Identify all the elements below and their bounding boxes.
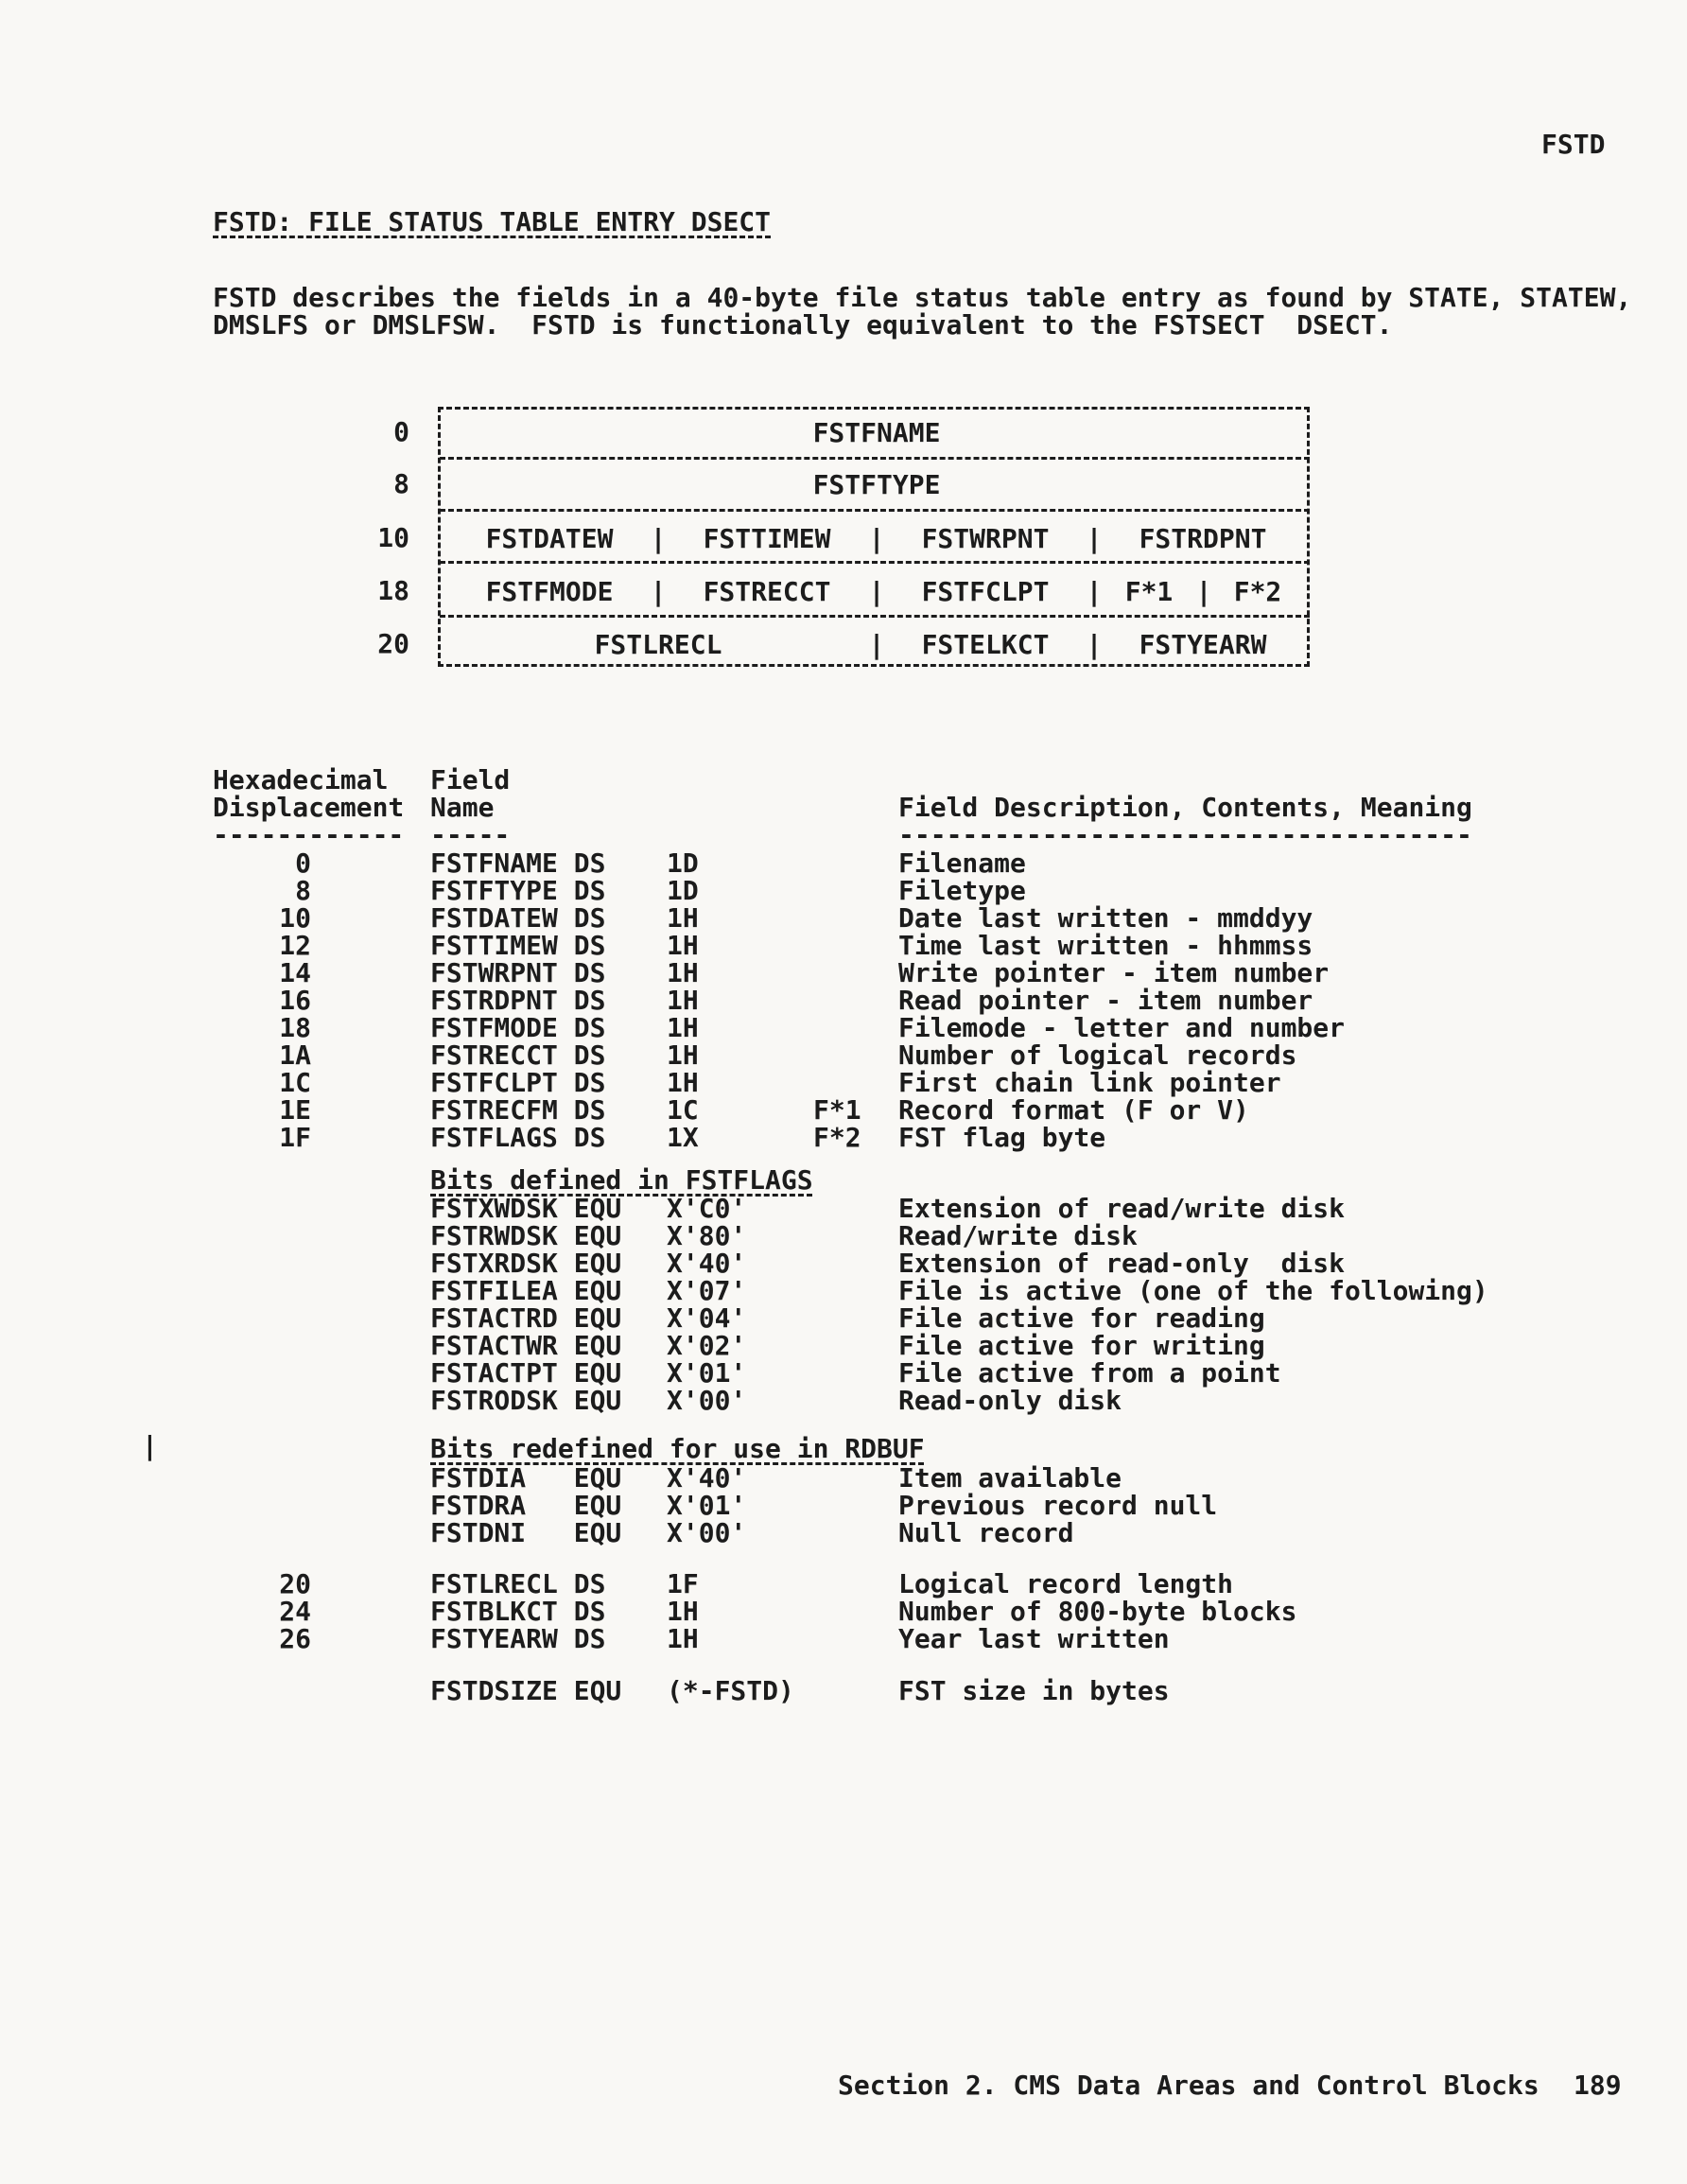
field-name: FSTTIMEW DS	[430, 932, 605, 959]
table-row: 1A FSTRECCT DS 1H Number of logical reco…	[0, 1041, 1687, 1069]
field-type: 1D	[667, 877, 699, 904]
footer-text: Section 2. CMS Data Areas and Control Bl…	[838, 2071, 1539, 2099]
field-name: FSTFCLPT DS	[430, 1069, 605, 1096]
diagram-cell: FSTFCLPT	[922, 578, 1050, 605]
table-row: FSTACTPT EQU X'01' File active from a po…	[0, 1359, 1687, 1387]
equate-name: FSTFILEA EQU	[430, 1277, 621, 1304]
diagram-cell-separator: |	[869, 631, 885, 658]
column-rule: -----	[430, 821, 510, 848]
field-description: Read pointer - item number	[898, 987, 1313, 1014]
diagram-cell-separator: |	[1087, 525, 1103, 552]
column-header: Field Description, Contents, Meaning	[898, 794, 1472, 821]
displacement: 10	[160, 904, 311, 932]
diagram-cell: FSTELKCT	[922, 631, 1050, 658]
equate-value: X'07'	[667, 1277, 746, 1304]
field-description: Extension of read/write disk	[898, 1195, 1345, 1222]
table-row: 20 FSTLRECL DS 1F Logical record length	[0, 1570, 1687, 1598]
field-type: 1H	[667, 1598, 699, 1625]
diagram-cell: FSTWRPNT	[922, 525, 1050, 552]
displacement: 26	[160, 1625, 311, 1652]
field-name: FSTBLKCT DS	[430, 1598, 605, 1625]
table-row: 0 FSTFNAME DS 1D Filename	[0, 849, 1687, 877]
table-row: 12 FSTTIMEW DS 1H Time last written - hh…	[0, 932, 1687, 959]
diagram-cell: FSTTIMEW	[704, 525, 831, 552]
field-flag-ref: F*1	[813, 1096, 861, 1124]
field-type: 1H	[667, 904, 699, 932]
field-description: Record format (F or V)	[898, 1096, 1249, 1124]
diagram-cell-separator: |	[869, 578, 885, 605]
field-name: FSTFLAGS DS	[430, 1124, 605, 1151]
flags-section-heading: Bits defined in FSTFLAGS	[430, 1166, 813, 1194]
page-footer: Section 2. CMS Data Areas and Control Bl…	[0, 2071, 1687, 2099]
diagram-cell: FSTRDPNT	[1139, 525, 1267, 552]
intro-line-1: FSTD describes the fields in a 40-byte f…	[213, 284, 1631, 311]
field-name: FSTFMODE DS	[430, 1014, 605, 1041]
table-row: 1F FSTFLAGS DS 1X F*2 FST flag byte	[0, 1124, 1687, 1151]
scanned-manual-page: FSTD FSTD: FILE STATUS TABLE ENTRY DSECT…	[0, 0, 1687, 2184]
table-row: 1C FSTFCLPT DS 1H First chain link point…	[0, 1069, 1687, 1096]
column-header: Hexadecimal	[213, 766, 388, 794]
field-type: 1D	[667, 849, 699, 877]
table-row: FSTRODSK EQU X'00' Read-only disk	[0, 1387, 1687, 1414]
diagram-cell-separator: |	[1087, 578, 1103, 605]
field-description: First chain link pointer	[898, 1069, 1281, 1096]
equate-value: X'80'	[667, 1222, 746, 1249]
equate-name: FSTRWDSK EQU	[430, 1222, 621, 1249]
field-description: Number of logical records	[898, 1041, 1296, 1069]
field-description: Filemode - letter and number	[898, 1014, 1345, 1041]
field-description: FST size in bytes	[898, 1677, 1170, 1704]
equate-name: FSTRODSK EQU	[430, 1387, 621, 1414]
field-description: Filetype	[898, 877, 1026, 904]
running-head: FSTD	[1541, 131, 1605, 158]
equate-name: FSTACTWR EQU	[430, 1332, 621, 1359]
table-row: FSTFILEA EQU X'07' File is active (one o…	[0, 1277, 1687, 1304]
rdbuf-section-heading: Bits redefined for use in RDBUF	[430, 1435, 925, 1462]
table-row: FSTDRA EQU X'01' Previous record null	[0, 1492, 1687, 1519]
field-description: Year last written	[898, 1625, 1170, 1652]
diagram-row-divider	[440, 615, 1310, 618]
table-row: FSTACTRD EQU X'04' File active for readi…	[0, 1304, 1687, 1332]
page-number: 189	[1574, 2071, 1622, 2099]
equate-name: FSTACTRD EQU	[430, 1304, 621, 1332]
field-description: Date last written - mmddyy	[898, 904, 1313, 932]
table-header-line-1: Hexadecimal Field	[0, 766, 1687, 794]
equate-name: FSTXWDSK EQU	[430, 1195, 621, 1222]
column-header: Field	[430, 766, 510, 794]
displacement: 1E	[160, 1096, 311, 1124]
displacement: 8	[160, 877, 311, 904]
field-type: 1H	[667, 1041, 699, 1069]
diagram-row-divider	[440, 457, 1310, 460]
equate-name: FSTDSIZE EQU	[430, 1677, 621, 1704]
field-name: FSTDATEW DS	[430, 904, 605, 932]
displacement: 14	[160, 959, 311, 987]
field-description: File active for reading	[898, 1304, 1265, 1332]
field-type: 1X	[667, 1124, 699, 1151]
field-name: FSTRECFM DS	[430, 1096, 605, 1124]
table-header-line-2: Displacement Name Field Description, Con…	[0, 794, 1687, 821]
column-rule: ------------------------------------	[898, 821, 1472, 848]
table-row: FSTACTWR EQU X'02' File active for writi…	[0, 1332, 1687, 1359]
table-row: FSTRWDSK EQU X'80' Read/write disk	[0, 1222, 1687, 1249]
field-description: Read-only disk	[898, 1387, 1122, 1414]
field-description: FST flag byte	[898, 1124, 1105, 1151]
field-type: 1H	[667, 1014, 699, 1041]
diagram-cell: FSTLRECL	[595, 631, 722, 658]
diagram-cell: FSTRECCT	[704, 578, 831, 605]
table-row: FSTXRDSK EQU X'40' Extension of read-onl…	[0, 1249, 1687, 1277]
field-type: 1H	[667, 1625, 699, 1652]
equate-name: FSTXRDSK EQU	[430, 1249, 621, 1277]
field-name: FSTFNAME DS	[430, 849, 605, 877]
diagram-cell: F*2	[1234, 578, 1282, 605]
column-rule: ------------	[213, 821, 404, 848]
field-description: Logical record length	[898, 1570, 1233, 1598]
diagram-cell-separator: |	[869, 525, 885, 552]
table-row: 8 FSTFTYPE DS 1D Filetype	[0, 877, 1687, 904]
diagram-cell: FSTYEARW	[1139, 631, 1267, 658]
fst-entry-diagram: FSTFNAME FSTFTYPE FSTDATEW | FSTTIMEW | …	[438, 407, 1310, 667]
field-type: 1H	[667, 1069, 699, 1096]
equate-value: (*-FSTD)	[667, 1677, 794, 1704]
table-row: FSTDIA EQU X'40' Item available	[0, 1464, 1687, 1492]
field-name: FSTRECCT DS	[430, 1041, 605, 1069]
displacement: 16	[160, 987, 311, 1014]
diagram-cell-separator: |	[651, 525, 667, 552]
diagram-offset-label: 8	[268, 470, 409, 498]
displacement: 1C	[160, 1069, 311, 1096]
field-description: Filename	[898, 849, 1026, 877]
equate-name: FSTDIA EQU	[430, 1464, 621, 1492]
table-row: 24 FSTBLKCT DS 1H Number of 800-byte blo…	[0, 1598, 1687, 1625]
field-name: FSTRDPNT DS	[430, 987, 605, 1014]
field-name: FSTYEARW DS	[430, 1625, 605, 1652]
change-bar-mark: |	[142, 1432, 158, 1459]
displacement: 12	[160, 932, 311, 959]
equate-value: X'04'	[667, 1304, 746, 1332]
column-header: Displacement	[213, 794, 404, 821]
equate-value: X'00'	[667, 1519, 746, 1546]
equate-value: X'40'	[667, 1464, 746, 1492]
equate-name: FSTDRA EQU	[430, 1492, 621, 1519]
table-row: FSTDNI EQU X'00' Null record	[0, 1519, 1687, 1546]
field-description: Time last written - hhmmss	[898, 932, 1313, 959]
column-header: Name	[430, 794, 494, 821]
displacement: 20	[160, 1570, 311, 1598]
field-description: File active for writing	[898, 1332, 1265, 1359]
equate-value: X'01'	[667, 1492, 746, 1519]
equate-name: FSTACTPT EQU	[430, 1359, 621, 1387]
diagram-row-divider	[440, 561, 1310, 564]
diagram-cell-separator: |	[651, 578, 667, 605]
intro-line-2: DMSLFS or DMSLFSW. FSTD is functionally …	[213, 311, 1392, 339]
diagram-offset-label: 18	[268, 577, 409, 604]
equate-value: X'40'	[667, 1249, 746, 1277]
field-type: 1F	[667, 1570, 699, 1598]
field-name: FSTLRECL DS	[430, 1570, 605, 1598]
diagram-cell: FSTFMODE	[486, 578, 614, 605]
field-name: FSTWRPNT DS	[430, 959, 605, 987]
diagram-cell: FSTFNAME	[813, 419, 941, 446]
field-type: 1H	[667, 932, 699, 959]
field-description: Null record	[898, 1519, 1073, 1546]
displacement: 24	[160, 1598, 311, 1625]
diagram-offset-label: 20	[268, 630, 409, 657]
diagram-cell: FSTDATEW	[486, 525, 614, 552]
table-row: 18 FSTFMODE DS 1H Filemode - letter and …	[0, 1014, 1687, 1041]
displacement: 0	[160, 849, 311, 877]
field-description: Previous record null	[898, 1492, 1217, 1519]
table-row: 26 FSTYEARW DS 1H Year last written	[0, 1625, 1687, 1652]
field-type: 1H	[667, 987, 699, 1014]
table-row: FSTXWDSK EQU X'C0' Extension of read/wri…	[0, 1195, 1687, 1222]
equate-name: FSTDNI EQU	[430, 1519, 621, 1546]
equate-value: X'C0'	[667, 1195, 746, 1222]
page-title: FSTD: FILE STATUS TABLE ENTRY DSECT	[213, 208, 771, 236]
diagram-offset-label: 10	[268, 524, 409, 551]
table-row: 1E FSTRECFM DS 1C F*1 Record format (F o…	[0, 1096, 1687, 1124]
equate-value: X'01'	[667, 1359, 746, 1387]
table-header-rule: ------------ ----- ---------------------…	[0, 821, 1687, 848]
displacement: 18	[160, 1014, 311, 1041]
field-description: File active from a point	[898, 1359, 1281, 1387]
diagram-row-divider	[440, 509, 1310, 512]
displacement: 1A	[160, 1041, 311, 1069]
table-row: FSTDSIZE EQU (*-FSTD) FST size in bytes	[0, 1677, 1687, 1704]
field-flag-ref: F*2	[813, 1124, 861, 1151]
field-type: 1C	[667, 1096, 699, 1124]
field-type: 1H	[667, 959, 699, 987]
field-description: Extension of read-only disk	[898, 1249, 1345, 1277]
table-row: 10 FSTDATEW DS 1H Date last written - mm…	[0, 904, 1687, 932]
equate-value: X'02'	[667, 1332, 746, 1359]
diagram-cell: F*1	[1125, 578, 1174, 605]
field-description: Item available	[898, 1464, 1122, 1492]
diagram-cell: FSTFTYPE	[813, 471, 941, 498]
field-description: Number of 800-byte blocks	[898, 1598, 1296, 1625]
diagram-cell-separator: |	[1087, 631, 1103, 658]
field-description: Read/write disk	[898, 1222, 1138, 1249]
field-description: File is active (one of the following)	[898, 1277, 1488, 1304]
diagram-offset-label: 0	[268, 418, 409, 446]
field-description: Write pointer - item number	[898, 959, 1329, 987]
displacement: 1F	[160, 1124, 311, 1151]
field-name: FSTFTYPE DS	[430, 877, 605, 904]
table-row: 16 FSTRDPNT DS 1H Read pointer - item nu…	[0, 987, 1687, 1014]
table-row: 14 FSTWRPNT DS 1H Write pointer - item n…	[0, 959, 1687, 987]
diagram-cell-separator: |	[1196, 578, 1212, 605]
equate-value: X'00'	[667, 1387, 746, 1414]
